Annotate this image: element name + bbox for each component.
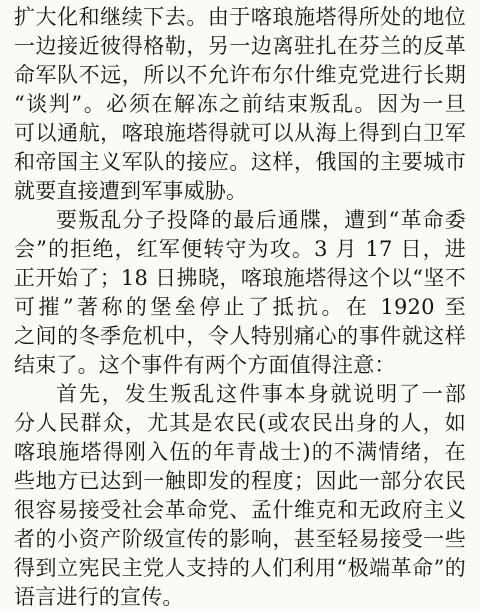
text-line: 和帝国主义军队的接应。这样，俄国的主要城市 — [14, 148, 466, 177]
text-line: 很容易接受社会革命党、孟什维克和无政府主义 — [14, 496, 466, 525]
text-line: 首先，发生叛乱这件事本身就说明了一部 — [14, 380, 466, 409]
text-line: 些地方已达到一触即发的程度；因此一部分农民 — [14, 467, 466, 496]
text-line: 可摧”著称的堡垒停止了抵抗。在 1920 至 1921 年 — [14, 293, 466, 322]
text-line: 语言进行的宣传。 — [14, 583, 466, 611]
text-line: 分人民群众，尤其是农民(或农民出身的人，如在 — [14, 409, 466, 438]
text-line: 得到立宪民主党人支持的人们利用“极端革命”的 — [14, 554, 466, 583]
text-line: 就要直接遭到军事威胁。 — [14, 177, 466, 206]
text-line: 要叛乱分子投降的最后通牒，遭到“革命委员 — [14, 206, 466, 235]
text-line: 一边接近彼得格勒，另一边离驻扎在芬兰的反革 — [14, 32, 466, 61]
text-line: 正开始了；18 日拂晓，喀琅施塔得这个以“坚不 — [14, 264, 466, 293]
book-page: 扩大化和继续下去。由于喀琅施塔得所处的地位 一边接近彼得格勒，另一边离驻扎在芬兰… — [0, 0, 480, 611]
text-line: 结束了。这个事件有两个方面值得注意： — [14, 351, 466, 380]
paragraph-2: 要叛乱分子投降的最后通牒，遭到“革命委员 会”的拒绝，红军便转守为攻。3 月 1… — [14, 206, 466, 380]
text-line: 命军队不远，所以不允许布尔什维克党进行长期 — [14, 61, 466, 90]
text-line: 之间的冬季危机中，令人特别痛心的事件就这样 — [14, 322, 466, 351]
text-line: 者的小资产阶级宣传的影响，甚至轻易接受一些 — [14, 525, 466, 554]
text-line: 会”的拒绝，红军便转守为攻。3 月 17 日，进攻真 — [14, 235, 466, 264]
paragraph-1: 扩大化和继续下去。由于喀琅施塔得所处的地位 一边接近彼得格勒，另一边离驻扎在芬兰… — [14, 3, 466, 206]
text-line: “谈判”。必须在解冻之前结束叛乱。因为一旦 — [14, 90, 466, 119]
text-line: 可以通航，喀琅施塔得就可以从海上得到白卫军 — [14, 119, 466, 148]
paragraph-3: 首先，发生叛乱这件事本身就说明了一部 分人民群众，尤其是农民(或农民出身的人，如… — [14, 380, 466, 611]
text-line: 扩大化和继续下去。由于喀琅施塔得所处的地位 — [14, 3, 466, 32]
text-line: 喀琅施塔得刚入伍的年青战士)的不满情绪，在有 — [14, 438, 466, 467]
